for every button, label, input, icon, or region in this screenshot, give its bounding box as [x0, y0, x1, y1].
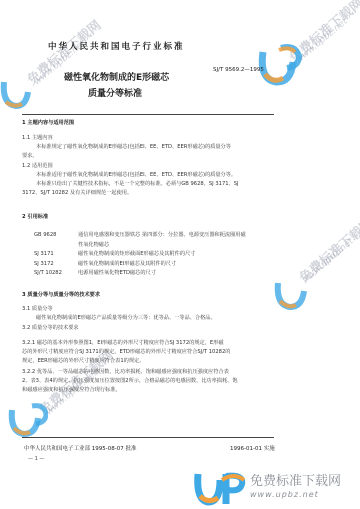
reference-item: SJ 3171 磁性氧化物制成的矩形截面E形磁芯及其附件的尺寸 [34, 250, 246, 260]
header-divider [22, 114, 274, 115]
brand-url: www.upbz.net [250, 490, 319, 499]
standard-code: SJ/T 9569.2—1995 [213, 67, 264, 73]
reference-title: 性氧化物磁芯 [78, 241, 109, 251]
reference-code: SJ 3172 [34, 260, 78, 270]
section-3-2-heading: 3.2 质量分等的技术要求 [22, 324, 79, 334]
up-logo-icon [272, 275, 312, 315]
reference-item: SJ 3172 磁性氧化物制成的EI形磁芯及其附件的尺寸 [34, 260, 246, 270]
paragraph-line: 本标准规定了磁性氧化物制成的E形磁芯(包括EI、EE、ETD、EER形磁芯)的质… [36, 143, 231, 153]
up-logo-icon [192, 470, 246, 506]
page-number: — 1 — [28, 456, 44, 462]
paragraph-line: 规定，EER形磁芯的外形尺寸精度应符合表1的规定。 [22, 357, 144, 367]
reference-item: SJ/T 10282 电源用磁性氧化物ETD磁芯的尺寸 [34, 269, 246, 279]
approval-statement: 中华人民共和国电子工业部 1995-08-07 批准 [24, 444, 136, 452]
document-title: 磁性氧化物制成的E形磁芯 [64, 70, 169, 83]
section-2-heading: 2 引用标准 [22, 213, 48, 223]
reference-item-continued: 性氧化物磁芯 [34, 241, 246, 251]
section-3-heading: 3 质量分等与质量分等的技术要求 [22, 291, 100, 301]
section-1-heading: 1 主题内容与适用范围 [22, 119, 74, 129]
up-logo-icon [6, 402, 48, 442]
up-logo-icon [0, 78, 40, 114]
reference-code: SJ 3171 [34, 250, 78, 260]
footer-divider [22, 437, 274, 438]
paragraph-line: 3172、SJ/T 10282 及有关详细规范一起使用。 [22, 189, 132, 199]
issuing-organization: 中华人民共和国电子行业标准 [48, 40, 185, 52]
brand-name: 免费标准下载网 [250, 470, 341, 489]
up-logo-icon [255, 42, 305, 90]
reference-title: 磁性氧化物制成的EI形磁芯及其附件的尺寸 [78, 260, 176, 270]
paragraph-line: 磁性氧化物制成的E形磁芯产品质量等级分为三等：优等品、一等品、合格品。 [36, 314, 216, 324]
paragraph-line: 要求。 [22, 152, 38, 162]
effective-date: 1996-01-01 实施 [230, 444, 275, 452]
reference-item: GB 9628 通信用电感器和变压器铁芯 第四部分：分拉器、电源变压器和扼流圈用… [34, 231, 246, 241]
paragraph-line: 和磁感应强度和抗压强度应符合现行标准。 [22, 386, 121, 396]
document-subtitle: 质量分等标准 [88, 86, 142, 99]
reference-list: GB 9628 通信用电感器和变压器铁芯 第四部分：分拉器、电源变压器和扼流圈用… [34, 231, 246, 279]
reference-title: 磁性氧化物制成的矩形截面E形磁芯及其附件的尺寸 [78, 250, 195, 260]
reference-title: 通信用电感器和变压器铁芯 第四部分：分拉器、电源变压器和扼流圈用磁 [78, 231, 246, 241]
reference-code: SJ/T 10282 [34, 269, 78, 279]
reference-code: GB 9628 [34, 231, 78, 241]
reference-title: 电源用磁性氧化物ETD磁芯的尺寸 [78, 269, 156, 279]
